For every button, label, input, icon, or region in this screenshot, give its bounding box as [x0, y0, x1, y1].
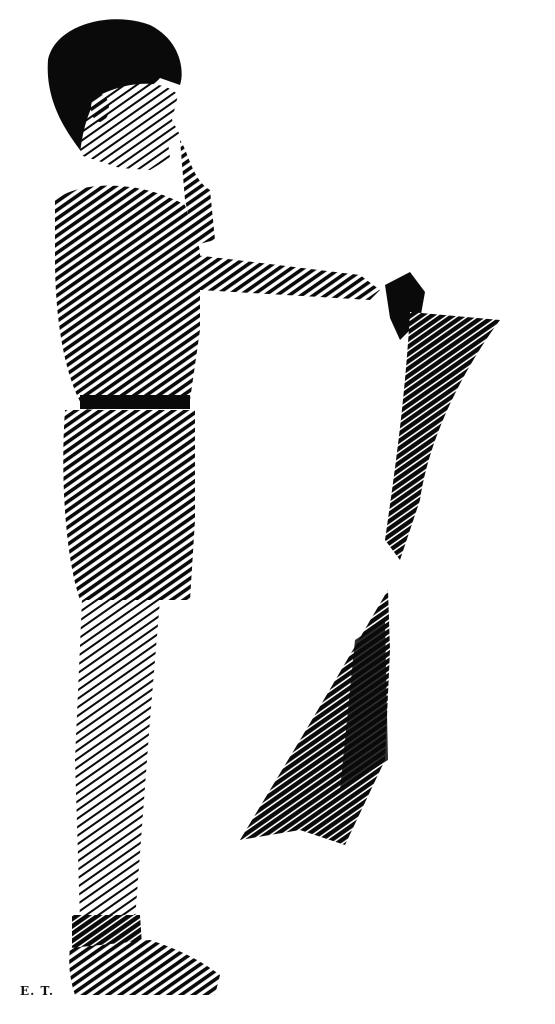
- shoe: [69, 940, 220, 995]
- ear: [91, 94, 109, 122]
- scout-illustration: [0, 0, 555, 1024]
- belt: [80, 395, 190, 409]
- legs: [75, 600, 160, 920]
- shirt: [55, 186, 200, 410]
- artist-signature: E. T.: [20, 984, 54, 998]
- upper-flag: [385, 312, 500, 560]
- right-arm: [195, 255, 380, 300]
- shorts: [63, 410, 195, 600]
